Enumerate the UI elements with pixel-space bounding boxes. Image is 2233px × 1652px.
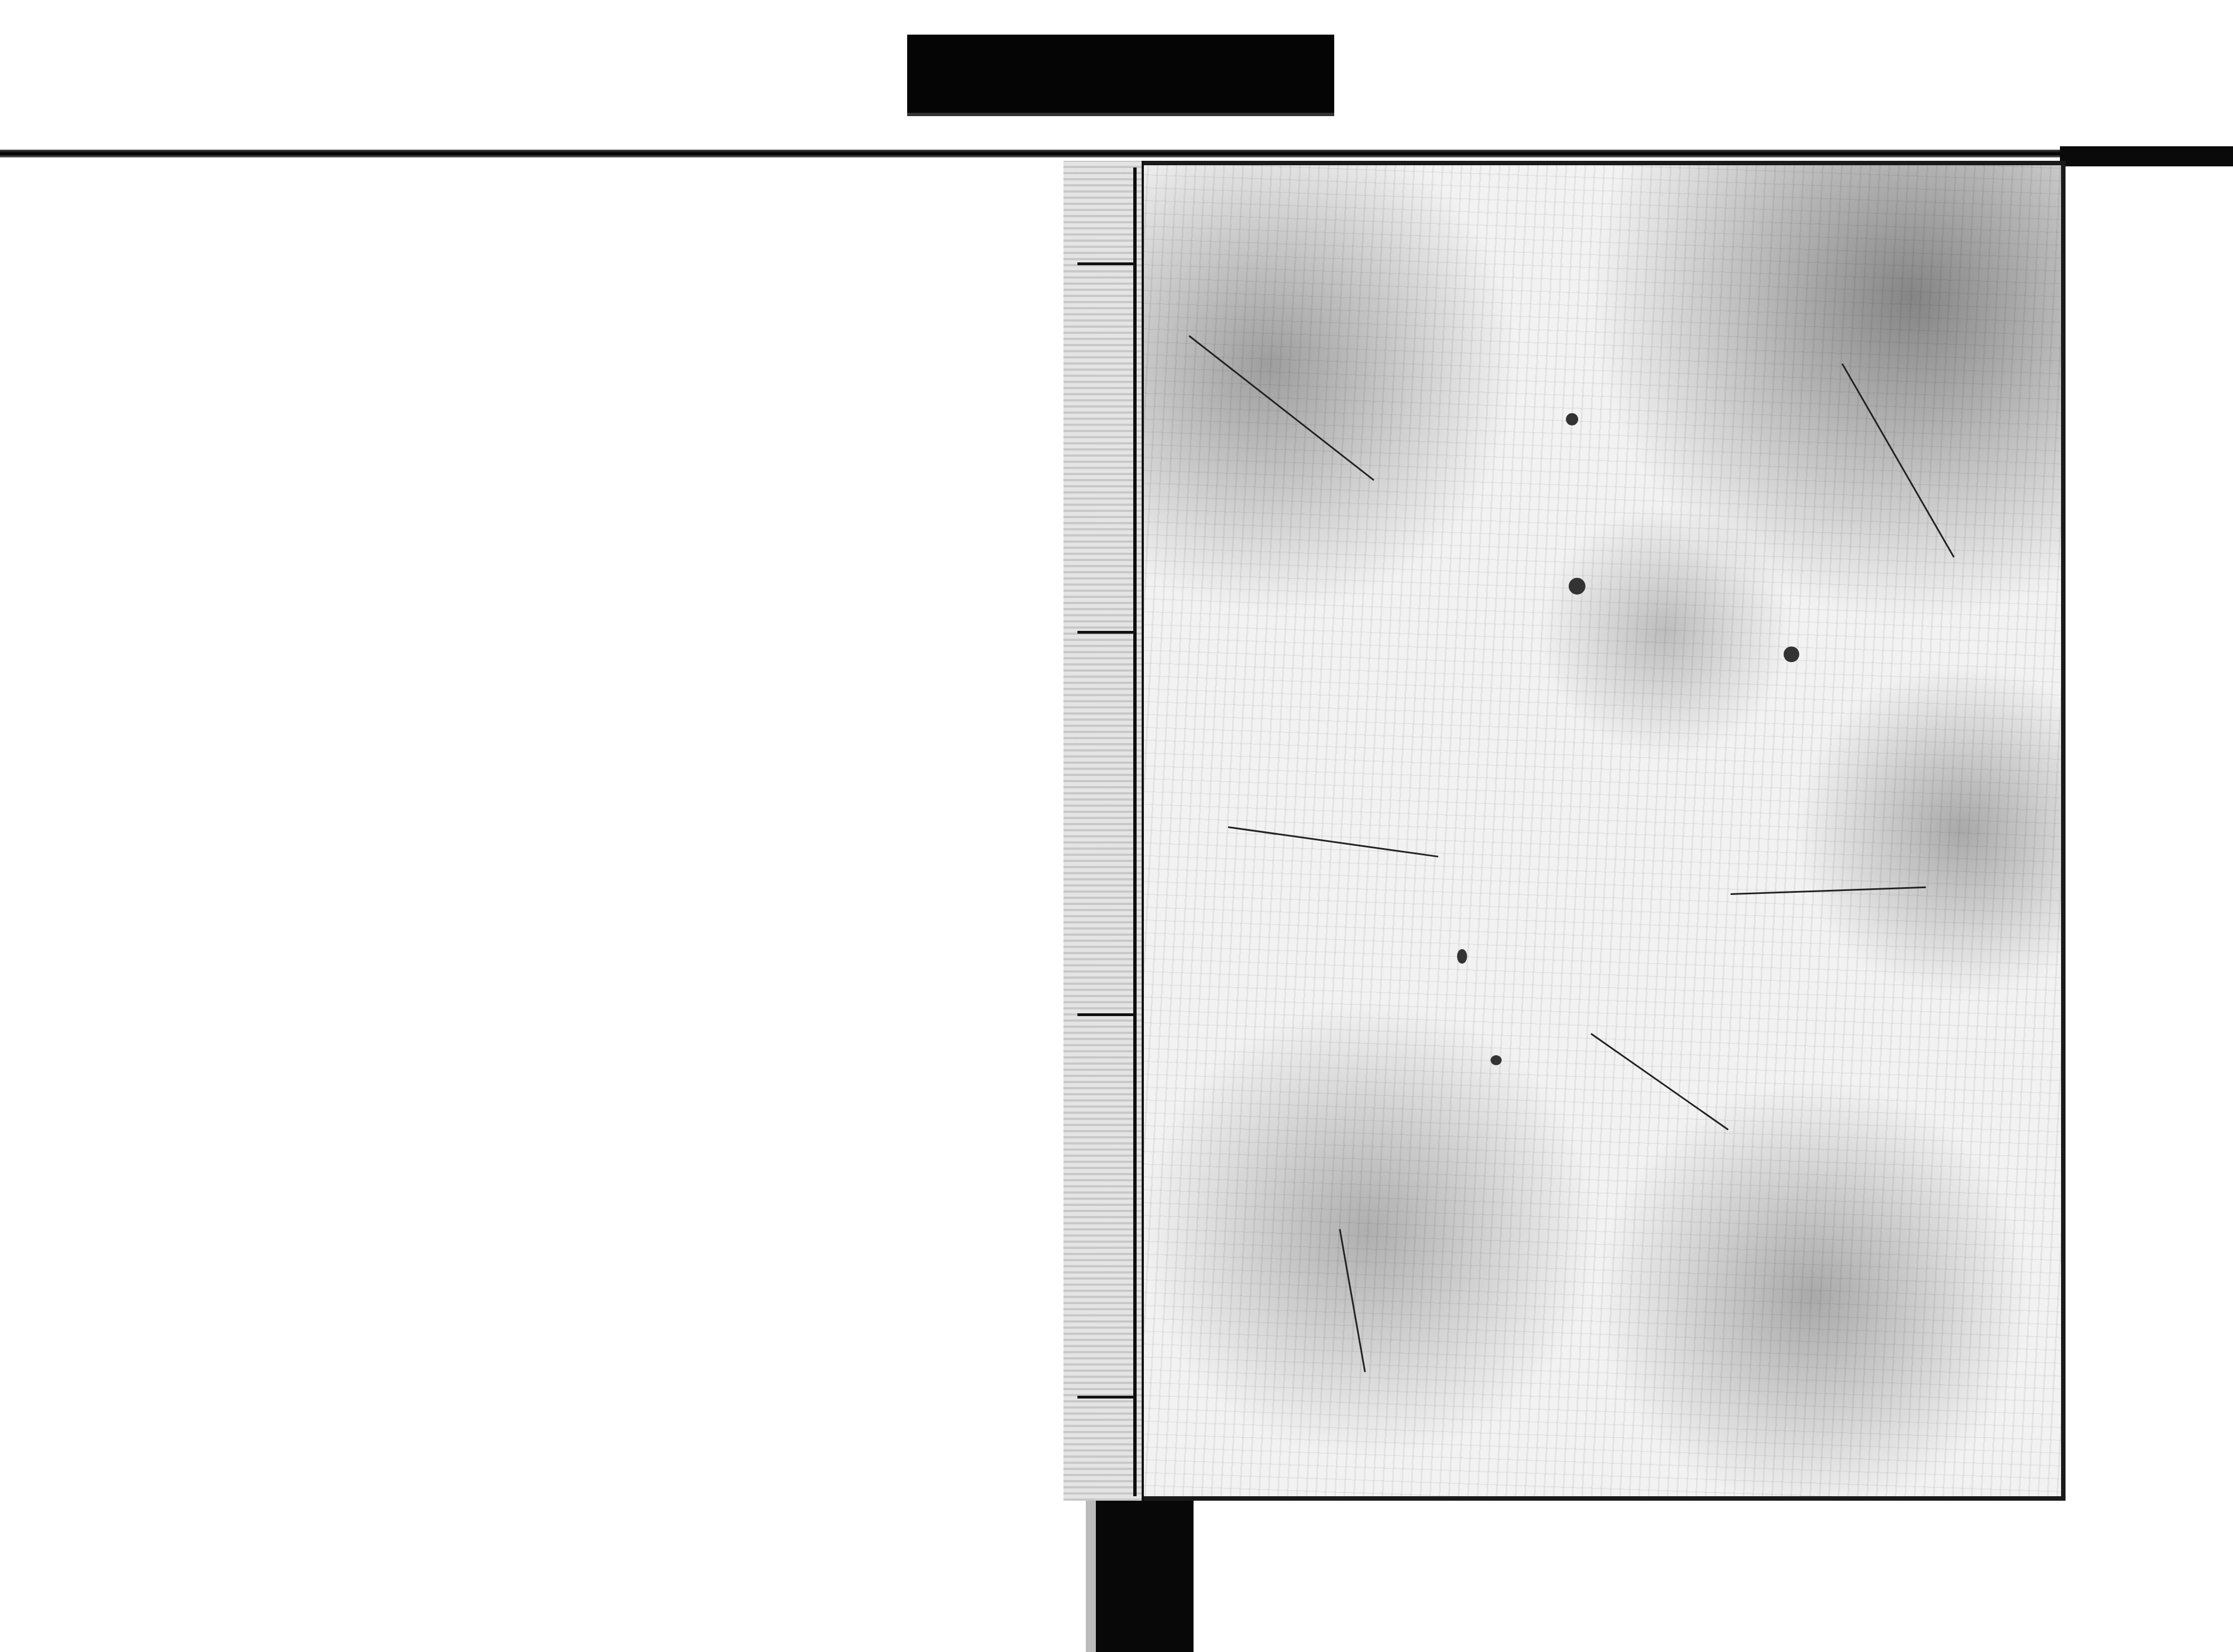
- scan-edge-rule: [0, 150, 2233, 157]
- ink-spot: [1784, 647, 1799, 662]
- scan-edge-rule-right: [2060, 146, 2233, 166]
- ink-spot: [1491, 1055, 1502, 1065]
- binding-thread: [1133, 167, 1137, 1496]
- binding-stitch: [1077, 262, 1136, 265]
- scan-shadow-strip: [1086, 1501, 1194, 1652]
- ink-spot: [1566, 413, 1578, 425]
- book-cover: [1063, 161, 2066, 1501]
- redaction-bar: [907, 35, 1334, 116]
- ink-spot: [1569, 578, 1585, 595]
- book-spine: [1063, 161, 1144, 1501]
- binding-stitch: [1077, 631, 1136, 634]
- binding-stitch: [1077, 1396, 1136, 1399]
- binding-stitch: [1077, 1013, 1136, 1016]
- ink-spot: [1457, 949, 1467, 964]
